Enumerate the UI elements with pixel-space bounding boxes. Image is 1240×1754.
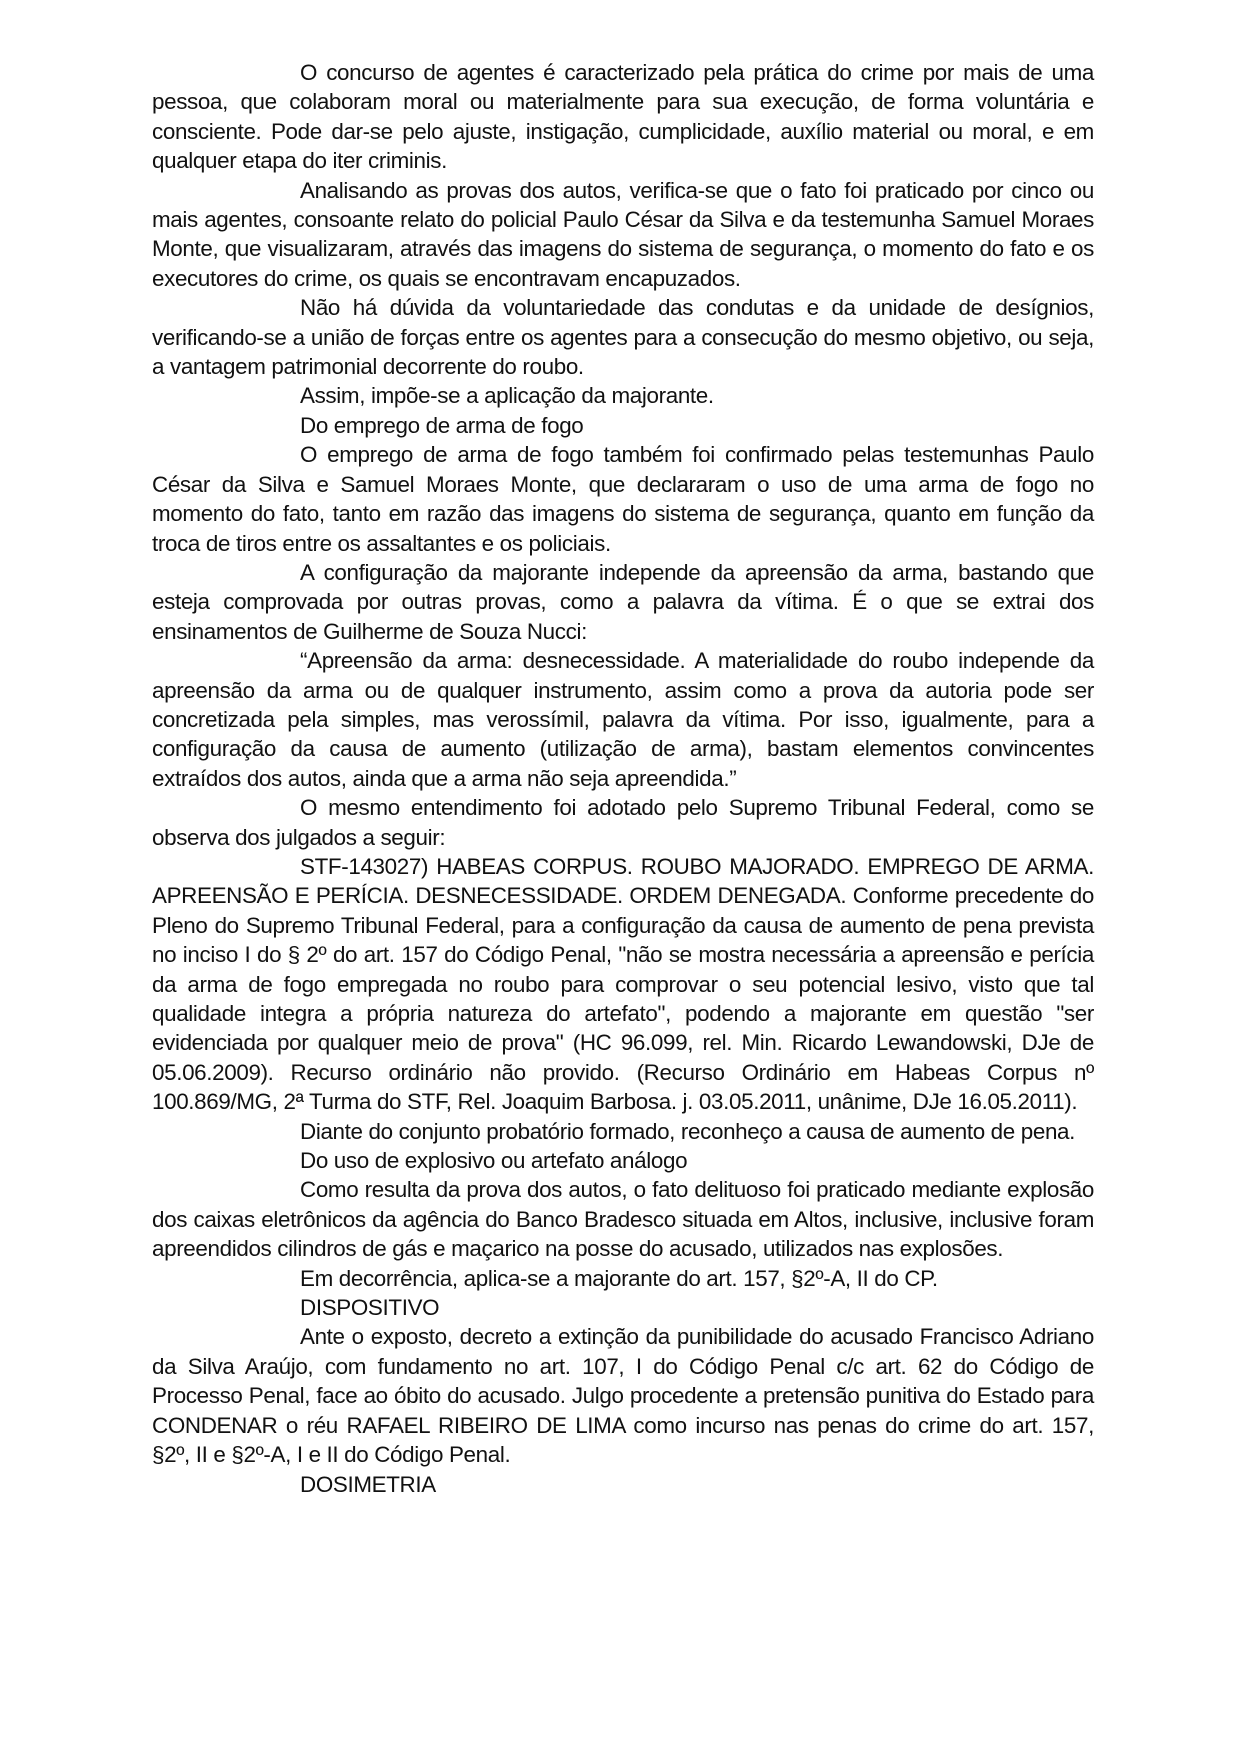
section-heading-dosimetria: DOSIMETRIA: [152, 1470, 1094, 1499]
paragraph-aplicacao-majorante: Assim, impõe-se a aplicação da majorante…: [152, 381, 1094, 410]
paragraph-concurso-de-agentes: O concurso de agentes é caracterizado pe…: [152, 58, 1094, 176]
paragraph-dispositivo: Ante o exposto, decreto a extinção da pu…: [152, 1322, 1094, 1469]
document-page: O concurso de agentes é caracterizado pe…: [152, 58, 1094, 1499]
paragraph-configuracao-majorante: A configuração da majorante independe da…: [152, 558, 1094, 646]
paragraph-majorante-explosivo: Em decorrência, aplica-se a majorante do…: [152, 1264, 1094, 1293]
paragraph-emprego-arma: O emprego de arma de fogo também foi con…: [152, 440, 1094, 558]
section-heading-dispositivo: DISPOSITIVO: [152, 1293, 1094, 1322]
citation-stf-143027: STF-143027) HABEAS CORPUS. ROUBO MAJORAD…: [152, 852, 1094, 1117]
paragraph-unidade-designios: Não há dúvida da voluntariedade das cond…: [152, 293, 1094, 381]
paragraph-analise-provas: Analisando as provas dos autos, verifica…: [152, 176, 1094, 294]
paragraph-entendimento-stf: O mesmo entendimento foi adotado pelo Su…: [152, 793, 1094, 852]
section-heading-arma-de-fogo: Do emprego de arma de fogo: [152, 411, 1094, 440]
section-heading-explosivo: Do uso de explosivo ou artefato análogo: [152, 1146, 1094, 1175]
paragraph-explosao-caixas: Como resulta da prova dos autos, o fato …: [152, 1175, 1094, 1263]
paragraph-reconhecimento-causa: Diante do conjunto probatório formado, r…: [152, 1117, 1094, 1146]
quote-nucci: “Apreensão da arma: desnecessidade. A ma…: [152, 646, 1094, 793]
